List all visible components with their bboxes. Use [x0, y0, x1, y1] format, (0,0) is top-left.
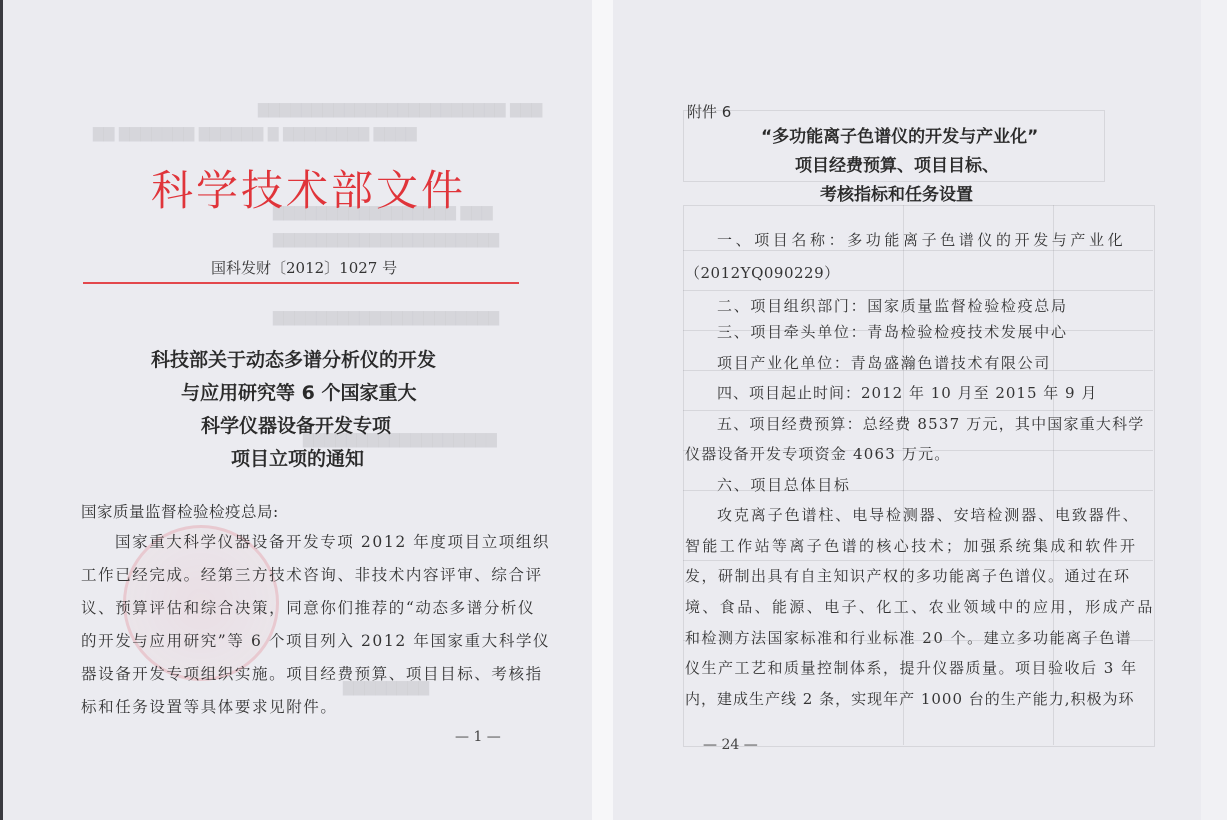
issuer-header: 科学技术部文件: [151, 158, 466, 218]
bleed-through-line: [683, 290, 1153, 291]
notice-title-line-2: 与应用研究等 6 个国家重大: [181, 378, 416, 405]
body-line-6: 标和任务设置等具体要求见附件。: [81, 695, 338, 717]
bleed-through-text: ▇▇▇ ▇▇▇▇▇▇▇▇▇▇▇▇▇▇▇▇▇▇▇▇▇▇▇: [258, 102, 542, 118]
document-number: 国科发财〔2012〕1027 号: [211, 257, 397, 278]
body-line-2: （2012YQ090229）: [685, 262, 840, 283]
page-gutter: [592, 0, 613, 820]
bleed-through-line: [683, 250, 1153, 251]
bleed-through-line: [683, 560, 1153, 561]
body-line-3: 议、预算评估和综合决策，同意你们推荐的“动态多谱分析仪: [81, 596, 535, 618]
addressee: 国家质量监督检验检疫总局:: [81, 500, 279, 522]
document-page-right: 附件 6 “多功能离子色谱仪的开发与产业化” 项目经费预算、项目目标、 考核指标…: [613, 0, 1201, 820]
notice-title-line-3: 科学仪器设备开发专项: [201, 411, 391, 438]
scan-margin: [1201, 0, 1227, 820]
body-line-1: 国家重大科学仪器设备开发专项 2012 年度项目立项组织: [115, 530, 550, 552]
body-line-10: 攻克离子色谱柱、电导检测器、安培检测器、电致器件、: [717, 504, 1140, 525]
bleed-through-text: ▇▇▇▇ ▇▇▇▇▇▇▇▇ ▇ ▇▇▇▇▇▇ ▇▇▇▇▇▇▇ ▇▇: [93, 126, 417, 142]
body-line-4: 的开发与应用研究”等 6 个项目列入 2012 年国家重大科学仪: [81, 629, 550, 651]
body-line-11: 智能工作站等离子色谱的核心技术；加强系统集成和软件开: [685, 535, 1137, 556]
bleed-through-text: ▇▇▇▇▇▇▇▇▇▇▇▇▇▇▇▇▇▇▇▇▇: [273, 310, 499, 326]
body-line-16: 内，建成生产线 2 条，实现年产 1000 台的生产能力,积极为环: [685, 688, 1135, 709]
document-page-left: ▇▇▇ ▇▇▇▇▇▇▇▇▇▇▇▇▇▇▇▇▇▇▇▇▇▇▇ ▇▇▇▇ ▇▇▇▇▇▇▇…: [0, 0, 592, 820]
attachment-title-line-1: “多功能离子色谱仪的开发与产业化”: [761, 122, 1038, 147]
body-line-13: 境、食品、能源、电子、化工、农业领域中的应用，形成产品: [685, 596, 1155, 617]
body-line-12: 发，研制出具有自主知识产权的多功能离子色谱仪。通过在环: [685, 565, 1131, 586]
body-line-3: 二、项目组织部门：国家质量监督检验检疫总局: [717, 295, 1068, 316]
bleed-through-text: ▇▇▇▇▇▇▇▇▇▇▇▇▇▇▇▇▇▇▇▇▇: [273, 232, 499, 248]
body-line-1: 一、项目名称：多功能离子色谱仪的开发与产业化: [717, 229, 1126, 250]
body-line-15: 仪生产工艺和质量控制体系，提升仪器质量。项目验收后 3 年: [685, 657, 1138, 678]
body-line-5: 项目产业化单位：青岛盛瀚色谱技术有限公司: [717, 352, 1051, 373]
body-line-4: 三、项目牵头单位：青岛检验检疫技术发展中心: [717, 321, 1068, 342]
body-line-8: 仪器设备开发专项资金 4063 万元。: [685, 443, 951, 464]
body-line-5: 器设备开发专项组织实施。项目经费预算、项目目标、考核指: [81, 662, 543, 684]
attachment-title-line-2: 项目经费预算、项目目标、: [795, 151, 999, 176]
red-divider-line: [83, 282, 519, 284]
page-number: — 24 —: [703, 737, 758, 753]
attachment-title-line-3: 考核指标和任务设置: [820, 180, 973, 205]
bleed-through-line: [683, 410, 1153, 411]
notice-title-line-1: 科技部关于动态多谱分析仪的开发: [151, 345, 436, 372]
body-line-7: 五、项目经费预算：总经费 8537 万元，其中国家重大科学: [717, 413, 1145, 434]
attachment-label: 附件 6: [687, 101, 731, 122]
body-line-9: 六、项目总体目标: [717, 474, 851, 495]
notice-title-line-4: 项目立项的通知: [231, 444, 364, 471]
body-line-6: 四、项目起止时间：2012 年 10 月至 2015 年 9 月: [717, 382, 1097, 403]
body-line-2: 工作已经完成。经第三方技术咨询、非技术内容评审、综合评: [81, 563, 543, 585]
body-line-14: 和检测方法国家标准和行业标准 20 个。建立多功能离子色谱: [685, 627, 1132, 648]
page-number: — 1 —: [455, 729, 501, 745]
